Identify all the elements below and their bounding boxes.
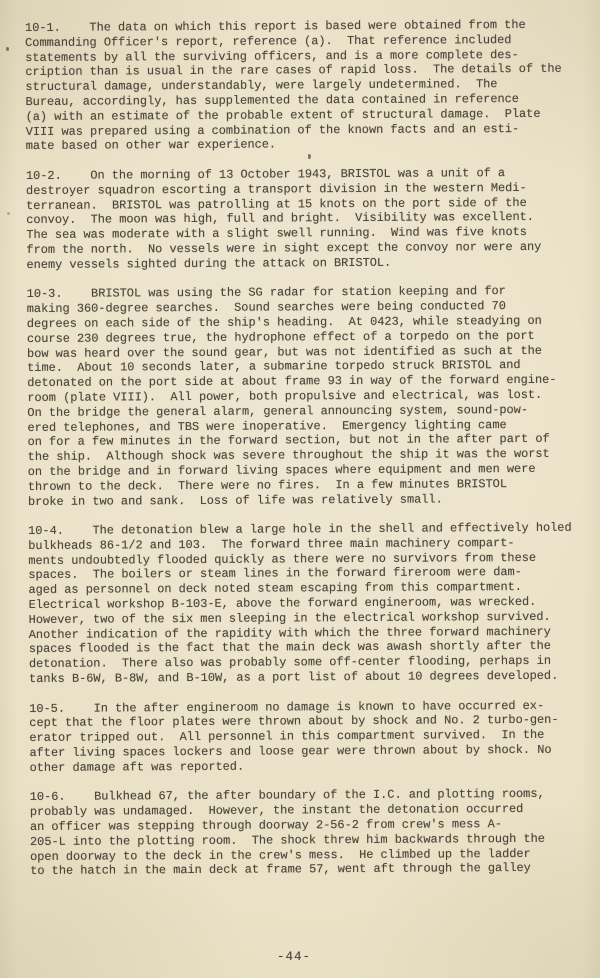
page-number: -44- — [0, 950, 594, 964]
paragraph-10-2: 10-2. On the morning of 13 October 1943,… — [26, 166, 583, 273]
paragraph-10-5: 10-5. In the after engineroom no damage … — [29, 698, 585, 775]
scan-speck — [6, 47, 9, 51]
paragraph-10-4: 10-4. The detonation blew a large hole i… — [28, 521, 585, 687]
paragraph-10-1: 10-1. The data on which this report is b… — [25, 18, 582, 155]
paragraph-10-6: 10-6. Bulkhead 67, the after boundary of… — [30, 787, 587, 879]
scanned-report-page: 10-1. The data on which this report is b… — [0, 0, 600, 978]
page-body: 10-1. The data on which this report is b… — [25, 18, 586, 894]
scan-speck — [7, 212, 10, 215]
paragraph-10-3: 10-3. BRISTOL was using the SG radar for… — [27, 284, 584, 509]
